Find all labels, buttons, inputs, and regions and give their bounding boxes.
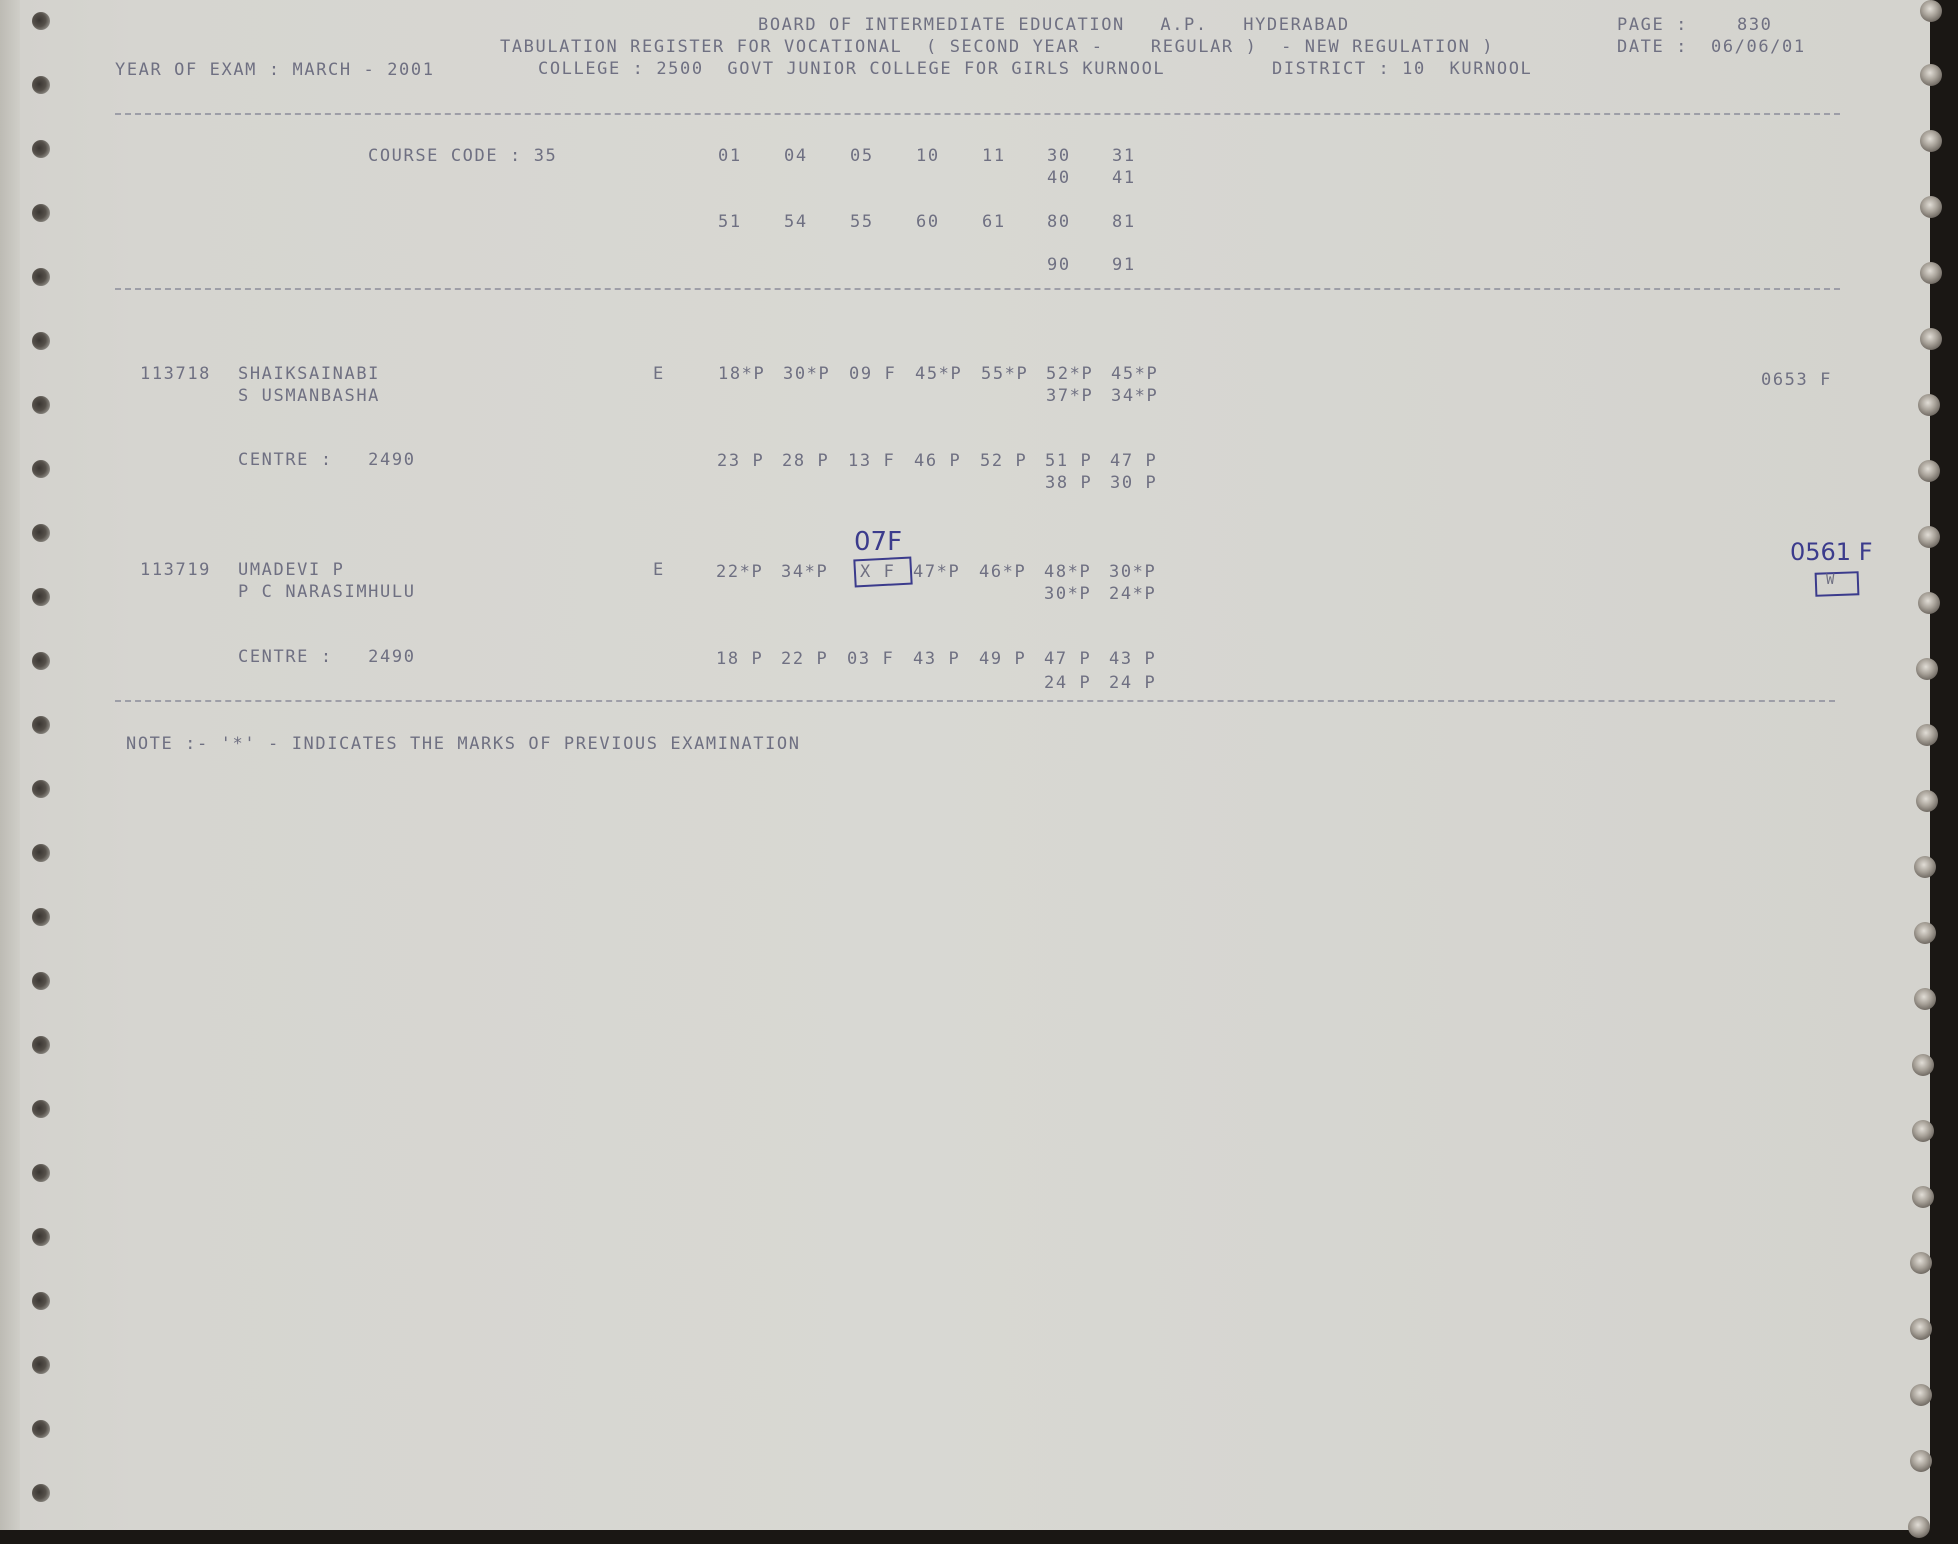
handwritten-total: 0561 F [1790,538,1873,566]
tractor-hole-icon [1916,724,1938,746]
divider [115,700,1835,702]
mark: 30*P [1109,562,1156,582]
tractor-hole-icon [32,12,50,30]
mark: 34*P [781,562,828,582]
tractor-hole-icon [32,204,50,222]
father-name: P C NARASIMHULU [238,582,416,602]
course-subject-code: 01 [718,146,742,166]
mark: 45*P [915,364,962,384]
tractor-hole-icon [32,268,50,286]
mark: 24 P [1044,673,1091,693]
tractor-hole-icon [1920,262,1942,284]
tractor-hole-icon [32,1036,50,1054]
mark: 47 P [1110,451,1157,471]
board-title: BOARD OF INTERMEDIATE EDUCATION A.P. HYD… [758,15,1350,35]
tractor-hole-icon [32,908,50,926]
tractor-hole-icon [1918,526,1940,548]
mark: 22*P [716,562,763,582]
tractor-hole-icon [32,652,50,670]
tractor-hole-icon [1918,394,1940,416]
tractor-hole-icon [32,332,50,350]
tractor-hole-icon [32,1484,50,1502]
mark: 34*P [1111,386,1158,406]
course-subject-code: 54 [784,212,808,232]
printout-page: BOARD OF INTERMEDIATE EDUCATION A.P. HYD… [0,0,1930,1530]
mark: 52*P [1046,364,1093,384]
mark: 48*P [1044,562,1091,582]
college-info: COLLEGE : 2500 GOVT JUNIOR COLLEGE FOR G… [538,59,1165,79]
student-roll: 113719 [140,560,211,580]
tractor-hole-icon [32,524,50,542]
centre-code: CENTRE : 2490 [238,647,416,667]
mark: 18 P [716,649,763,669]
tractor-hole-icon [32,1228,50,1246]
mark: 43 P [1109,649,1156,669]
date-label: DATE : [1617,37,1688,57]
divider [115,288,1840,290]
withheld-mark: W [1826,572,1836,588]
mark: 55*P [981,364,1028,384]
tractor-hole-icon [32,460,50,478]
tractor-hole-icon [32,140,50,158]
course-subject-code: 80 [1047,212,1071,232]
course-subject-code: 30 [1047,146,1071,166]
tractor-hole-icon [32,972,50,990]
course-subject-code: 90 [1047,255,1071,275]
page-label: PAGE : [1617,15,1688,35]
course-subject-code: 11 [982,146,1006,166]
mark: 13 F [848,451,895,471]
date-value: 06/06/01 [1711,37,1806,57]
mark: 52 P [980,451,1027,471]
mark: 47 P [1044,649,1091,669]
course-code-label: COURSE CODE : 35 [368,146,557,166]
mark: 37*P [1046,386,1093,406]
mark: 43 P [913,649,960,669]
tractor-hole-icon [1914,988,1936,1010]
course-subject-code: 31 [1112,146,1136,166]
year-of-exam: YEAR OF EXAM : MARCH - 2001 [115,60,435,80]
tractor-hole-icon [1920,0,1942,22]
course-subject-code: 51 [718,212,742,232]
tractor-hole-icon [1914,922,1936,944]
course-subject-code: 91 [1112,255,1136,275]
mark: 30 P [1110,473,1157,493]
mark: 49 P [979,649,1026,669]
tractor-hole-icon [1914,856,1936,878]
mark: 22 P [781,649,828,669]
medium: E [653,364,665,384]
mark: 46 P [914,451,961,471]
tractor-hole-icon [1912,1054,1934,1076]
mark: 47*P [913,562,960,582]
paper-edge [0,0,20,1530]
medium: E [653,560,665,580]
mark: 38 P [1045,473,1092,493]
course-subject-code: 60 [916,212,940,232]
course-subject-code: 61 [982,212,1006,232]
mark-absent: X F [860,562,896,582]
footnote: NOTE :- '*' - INDICATES THE MARKS OF PRE… [126,734,801,754]
tractor-hole-icon [32,396,50,414]
tractor-hole-icon [1920,196,1942,218]
mark: 09 F [849,364,896,384]
course-subject-code: 10 [916,146,940,166]
mark: 28 P [782,451,829,471]
course-subject-code: 04 [784,146,808,166]
student-name: SHAIKSAINABI [238,364,380,384]
mark: 24*P [1109,584,1156,604]
mark: 30*P [1044,584,1091,604]
page-number: 830 [1737,15,1773,35]
tractor-hole-icon [1908,1516,1930,1538]
mark: 24 P [1109,673,1156,693]
tractor-hole-icon [1910,1318,1932,1340]
tractor-hole-icon [32,1100,50,1118]
tractor-hole-icon [1912,1186,1934,1208]
tractor-hole-icon [1920,130,1942,152]
tractor-hole-icon [1910,1384,1932,1406]
register-title: TABULATION REGISTER FOR VOCATIONAL ( SEC… [500,37,1494,57]
student-roll: 113718 [140,364,211,384]
tractor-hole-icon [1910,1252,1932,1274]
tractor-hole-icon [32,588,50,606]
tractor-hole-icon [1918,460,1940,482]
course-subject-code: 81 [1112,212,1136,232]
total-result: 0653 F [1761,370,1832,390]
tractor-hole-icon [32,780,50,798]
tractor-hole-icon [1916,658,1938,680]
tractor-hole-icon [32,1292,50,1310]
father-name: S USMANBASHA [238,386,380,406]
course-subject-code: 40 [1047,168,1071,188]
course-subject-code: 41 [1112,168,1136,188]
tractor-hole-icon [1920,328,1942,350]
tractor-hole-icon [32,1164,50,1182]
handwritten-correction: 07F [854,527,902,557]
tractor-hole-icon [1912,1120,1934,1142]
withheld-box [1815,571,1860,597]
tractor-hole-icon [32,76,50,94]
mark: 23 P [717,451,764,471]
mark: 18*P [718,364,765,384]
mark: 46*P [979,562,1026,582]
tractor-hole-icon [32,1356,50,1374]
tractor-hole-icon [1916,790,1938,812]
centre-code: CENTRE : 2490 [238,450,416,470]
tractor-hole-icon [1910,1450,1932,1472]
divider [115,113,1840,115]
course-subject-code: 55 [850,212,874,232]
tractor-hole-icon [32,844,50,862]
district-info: DISTRICT : 10 KURNOOL [1272,59,1532,79]
mark: 03 F [847,649,894,669]
tractor-hole-icon [32,1420,50,1438]
tractor-hole-icon [1920,64,1942,86]
tractor-hole-icon [1918,592,1940,614]
tractor-hole-icon [32,716,50,734]
mark: 30*P [783,364,830,384]
student-name: UMADEVI P [238,560,345,580]
mark: 45*P [1111,364,1158,384]
mark: 51 P [1045,451,1092,471]
course-subject-code: 05 [850,146,874,166]
